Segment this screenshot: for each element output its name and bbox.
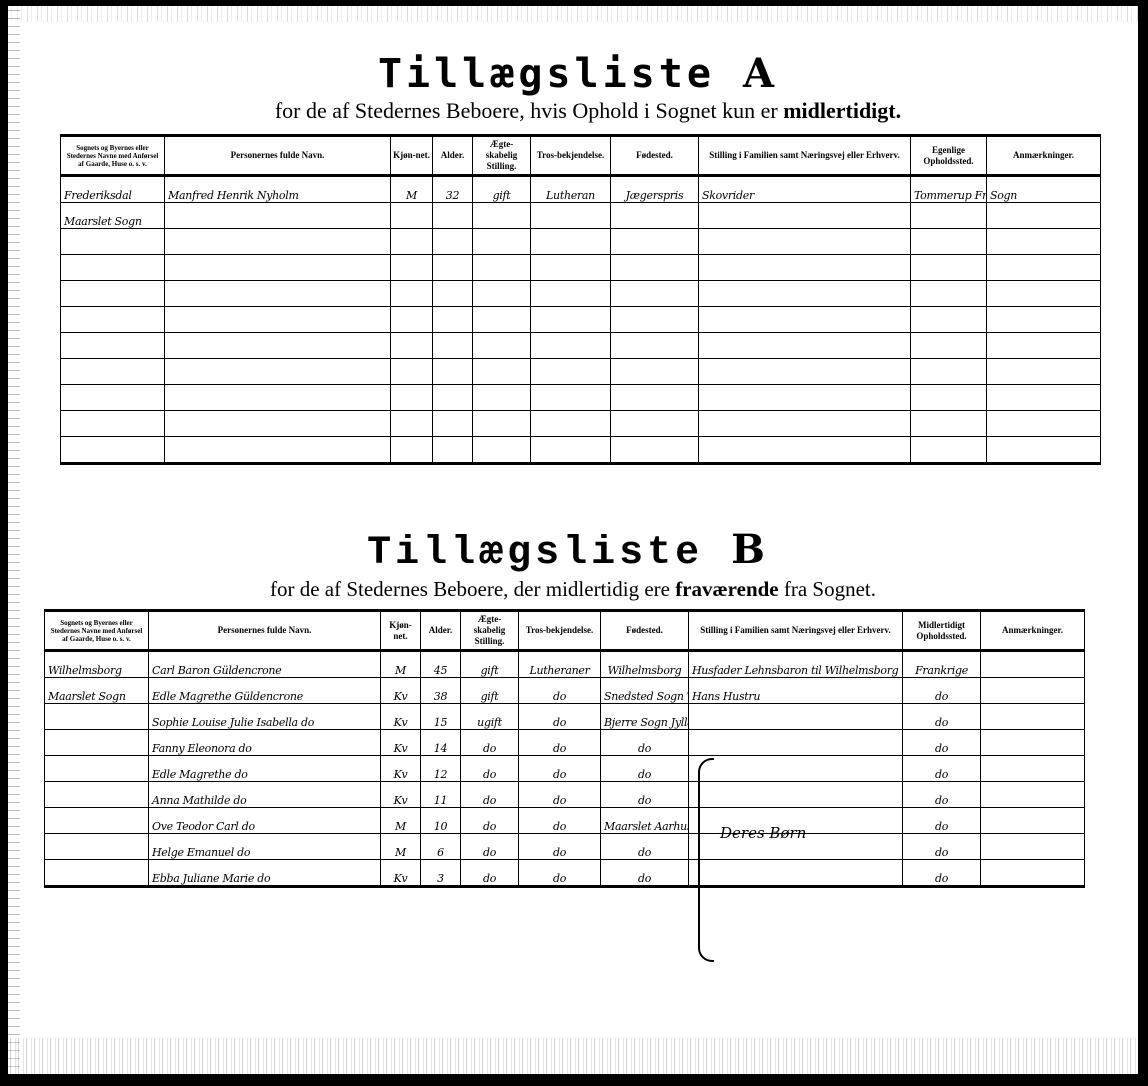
sheet-a-title: Tillægsliste A: [338, 50, 818, 97]
sheet-b-title-word: Tillægsliste: [367, 531, 703, 576]
cell-religion: [531, 281, 611, 307]
cell-residence: Tommerup Frijsenborg: [911, 176, 987, 203]
col-religion: Tros-bekjendelse.: [531, 136, 611, 176]
cell-place: [61, 255, 165, 281]
cell-age: [433, 255, 473, 281]
cell-sex: Kv: [381, 730, 421, 756]
table-row: Anna Mathilde doKv11dodododo: [45, 782, 1085, 808]
cell-marital: gift: [461, 678, 519, 704]
cell-age: [433, 229, 473, 255]
cell-occupation: [699, 229, 911, 255]
sheet-b-title-letter: B: [731, 526, 769, 573]
table-row: Edle Magrethe doKv12dodododo: [45, 756, 1085, 782]
col-age: Alder.: [421, 611, 461, 651]
cell-remarks: [987, 203, 1101, 229]
cell-birthplace: [611, 281, 699, 307]
cell-birthplace: [611, 437, 699, 464]
sheet-b-body: WilhelmsborgCarl Baron GüldencroneM45gif…: [45, 651, 1085, 887]
cell-marital: [473, 333, 531, 359]
cell-sex: [391, 359, 433, 385]
sheet-a-subtitle-emphasis: midlertidigt.: [783, 98, 901, 123]
cell-remarks: [987, 229, 1101, 255]
sheet-a-title-word: Tillægsliste: [378, 51, 715, 97]
cell-religion: Lutheraner: [519, 651, 601, 678]
cell-sex: [391, 229, 433, 255]
cell-marital: [473, 437, 531, 464]
col-occupation: Stilling i Familien samt Næringsvej elle…: [699, 136, 911, 176]
cell-place: Maarslet Sogn: [45, 678, 149, 704]
cell-occupation: [699, 203, 911, 229]
cell-age: 32: [433, 176, 473, 203]
cell-occupation: Skovrider: [699, 176, 911, 203]
cell-age: 38: [421, 678, 461, 704]
cell-residence: [911, 333, 987, 359]
cell-sex: Kv: [381, 860, 421, 887]
cell-religion: [531, 255, 611, 281]
cell-remarks: [987, 307, 1101, 333]
cell-age: 15: [421, 704, 461, 730]
cell-residence: [911, 255, 987, 281]
cell-name: [165, 255, 391, 281]
cell-marital: [473, 307, 531, 333]
cell-birthplace: Bjerre Sogn Jyllands Amt: [601, 704, 689, 730]
table-row: Maarslet SognEdle Magrethe GüldencroneKv…: [45, 678, 1085, 704]
cell-place: Frederiksdal: [61, 176, 165, 203]
cell-birthplace: do: [601, 730, 689, 756]
cell-birthplace: Wilhelmsborg: [601, 651, 689, 678]
cell-place: [45, 730, 149, 756]
cell-marital: do: [461, 860, 519, 887]
cell-residence: do: [903, 782, 981, 808]
cell-place: Wilhelmsborg: [45, 651, 149, 678]
col-age: Alder.: [433, 136, 473, 176]
cell-residence: [911, 229, 987, 255]
cell-place: [45, 756, 149, 782]
cell-birthplace: [611, 307, 699, 333]
cell-name: [165, 437, 391, 464]
cell-age: [433, 281, 473, 307]
table-row: [61, 281, 1101, 307]
cell-birthplace: [611, 359, 699, 385]
col-residence: Midlertidigt Opholdssted.: [903, 611, 981, 651]
cell-name: Anna Mathilde do: [149, 782, 381, 808]
cell-occupation: Hans Hustru: [689, 678, 903, 704]
cell-place: [45, 860, 149, 887]
cell-occupation: [699, 333, 911, 359]
table-row: [61, 255, 1101, 281]
sheet-b-subtitle-suffix: fra Sognet.: [784, 577, 876, 601]
cell-marital: [473, 229, 531, 255]
cell-name: Fanny Eleonora do: [149, 730, 381, 756]
table-row: [61, 359, 1101, 385]
cell-place: [61, 333, 165, 359]
cell-sex: Kv: [381, 782, 421, 808]
cell-age: [433, 359, 473, 385]
cell-occupation: Husfader Lehnsbaron til Wilhelmsborg: [689, 651, 903, 678]
sheet-b-subtitle-text: for de af Stedernes Beboere, der midlert…: [270, 577, 670, 601]
cell-remarks: [981, 678, 1085, 704]
cell-remarks: [987, 359, 1101, 385]
sheet-b-title: Tillægsliste B: [328, 526, 808, 576]
cell-sex: [391, 333, 433, 359]
cell-marital: ugift: [461, 704, 519, 730]
cell-birthplace: [611, 411, 699, 437]
table-row: WilhelmsborgCarl Baron GüldencroneM45gif…: [45, 651, 1085, 678]
cell-residence: [911, 281, 987, 307]
cell-residence: Frankrige: [903, 651, 981, 678]
table-row: [61, 437, 1101, 464]
cell-religion: Lutheran: [531, 176, 611, 203]
table-row: [61, 385, 1101, 411]
cell-remarks: [987, 411, 1101, 437]
cell-residence: do: [903, 808, 981, 834]
cell-name: Sophie Louise Julie Isabella do: [149, 704, 381, 730]
table-row: [61, 411, 1101, 437]
cell-marital: do: [461, 782, 519, 808]
cell-occupation: [699, 281, 911, 307]
cell-sex: Kv: [381, 678, 421, 704]
cell-birthplace: [611, 255, 699, 281]
table-row: Helge Emanuel doM6dodododo: [45, 834, 1085, 860]
cell-marital: do: [461, 730, 519, 756]
col-name: Personernes fulde Navn.: [149, 611, 381, 651]
cell-place: [45, 704, 149, 730]
cell-sex: [391, 307, 433, 333]
cell-age: 3: [421, 860, 461, 887]
cell-occupation: [689, 782, 903, 808]
table-row: Ebba Juliane Marie doKv3dodododo: [45, 860, 1085, 887]
cell-birthplace: do: [601, 834, 689, 860]
cell-remarks: [987, 281, 1101, 307]
cell-place: [61, 229, 165, 255]
cell-name: Edle Magrethe Güldencrone: [149, 678, 381, 704]
cell-marital: [473, 411, 531, 437]
cell-remarks: [981, 730, 1085, 756]
col-birthplace: Fødested.: [611, 136, 699, 176]
table-row: [61, 333, 1101, 359]
col-remarks: Anmærkninger.: [987, 136, 1101, 176]
cell-birthplace: Jægerspris: [611, 176, 699, 203]
cell-remarks: [987, 333, 1101, 359]
cell-age: [433, 333, 473, 359]
cell-name: Helge Emanuel do: [149, 834, 381, 860]
cell-sex: [391, 255, 433, 281]
cell-religion: [531, 203, 611, 229]
scan-noise-bottom: [8, 1038, 1138, 1078]
cell-age: [433, 411, 473, 437]
cell-age: [433, 437, 473, 464]
cell-occupation: [689, 730, 903, 756]
cell-residence: [911, 385, 987, 411]
scan-noise-left: [8, 6, 20, 1078]
cell-name: Ove Teodor Carl do: [149, 808, 381, 834]
cell-place: [61, 437, 165, 464]
sheet-b-header-row: Sognets og Byernes eller Stedernes Navne…: [45, 611, 1085, 651]
cell-age: 11: [421, 782, 461, 808]
cell-marital: [473, 359, 531, 385]
cell-age: [433, 203, 473, 229]
col-marital: Ægte-skabelig Stilling.: [473, 136, 531, 176]
cell-remarks: [981, 860, 1085, 887]
cell-residence: do: [903, 730, 981, 756]
cell-name: [165, 359, 391, 385]
cell-religion: [531, 437, 611, 464]
cell-sex: M: [381, 651, 421, 678]
cell-residence: do: [903, 834, 981, 860]
cell-marital: do: [461, 834, 519, 860]
cell-remarks: [981, 651, 1085, 678]
cell-place: [45, 808, 149, 834]
cell-remarks: [987, 437, 1101, 464]
cell-sex: [391, 385, 433, 411]
col-birthplace: Fødested.: [601, 611, 689, 651]
cell-religion: do: [519, 678, 601, 704]
sheet-a-body: FrederiksdalManfred Henrik NyholmM32gift…: [61, 176, 1101, 464]
cell-marital: [473, 385, 531, 411]
col-marital: Ægte-skabelig Stilling.: [461, 611, 519, 651]
cell-name: [165, 229, 391, 255]
cell-birthplace: [611, 333, 699, 359]
cell-sex: M: [391, 176, 433, 203]
cell-occupation: [689, 704, 903, 730]
table-row: FrederiksdalManfred Henrik NyholmM32gift…: [61, 176, 1101, 203]
cell-occupation: [699, 359, 911, 385]
cell-age: 6: [421, 834, 461, 860]
cell-occupation: [689, 860, 903, 887]
cell-religion: [531, 333, 611, 359]
cell-place: [45, 834, 149, 860]
cell-religion: [531, 359, 611, 385]
cell-place: [61, 281, 165, 307]
children-brace-label: Deres Børn: [720, 824, 806, 842]
cell-birthplace: [611, 203, 699, 229]
cell-sex: Kv: [381, 704, 421, 730]
cell-religion: [531, 385, 611, 411]
cell-residence: do: [903, 704, 981, 730]
col-remarks: Anmærkninger.: [981, 611, 1085, 651]
cell-sex: M: [381, 834, 421, 860]
cell-birthplace: do: [601, 756, 689, 782]
cell-birthplace: [611, 385, 699, 411]
cell-sex: [391, 437, 433, 464]
cell-residence: [911, 203, 987, 229]
cell-marital: do: [461, 808, 519, 834]
cell-religion: do: [519, 808, 601, 834]
cell-marital: [473, 203, 531, 229]
cell-sex: Kv: [381, 756, 421, 782]
cell-occupation: [689, 756, 903, 782]
cell-residence: [911, 307, 987, 333]
sheet-a-title-letter: A: [743, 50, 778, 97]
table-row: [61, 229, 1101, 255]
col-sex: Kjøn-net.: [381, 611, 421, 651]
col-residence: Egenlige Opholdssted.: [911, 136, 987, 176]
cell-religion: do: [519, 860, 601, 887]
cell-name: [165, 281, 391, 307]
cell-name: [165, 411, 391, 437]
cell-remarks: [987, 385, 1101, 411]
cell-name: Ebba Juliane Marie do: [149, 860, 381, 887]
col-place: Sognets og Byernes eller Stedernes Navne…: [61, 136, 165, 176]
table-row: Ove Teodor Carl doM10dodoMaarslet Aarhus…: [45, 808, 1085, 834]
cell-residence: do: [903, 756, 981, 782]
cell-birthplace: do: [601, 860, 689, 887]
cell-marital: [473, 281, 531, 307]
cell-remarks: [981, 808, 1085, 834]
cell-remarks: [981, 756, 1085, 782]
sheet-a-table: Sognets og Byernes eller Stedernes Navne…: [60, 134, 1101, 465]
cell-place: [61, 307, 165, 333]
cell-age: 45: [421, 651, 461, 678]
col-name: Personernes fulde Navn.: [165, 136, 391, 176]
cell-residence: do: [903, 860, 981, 887]
cell-marital: gift: [461, 651, 519, 678]
cell-marital: do: [461, 756, 519, 782]
cell-religion: do: [519, 730, 601, 756]
cell-remarks: Sogn: [987, 176, 1101, 203]
cell-occupation: [699, 255, 911, 281]
cell-residence: [911, 359, 987, 385]
cell-age: [433, 307, 473, 333]
sheet-b-subtitle: for de af Stedernes Beboere, der midlert…: [78, 577, 1068, 602]
table-row: [61, 307, 1101, 333]
cell-remarks: [981, 834, 1085, 860]
cell-birthplace: Snedsted Sogn Thisted Amt: [601, 678, 689, 704]
scan-noise-top: [8, 6, 1138, 22]
cell-place: [61, 411, 165, 437]
cell-remarks: [981, 782, 1085, 808]
cell-religion: do: [519, 782, 601, 808]
cell-name: Edle Magrethe do: [149, 756, 381, 782]
cell-occupation: [699, 385, 911, 411]
sheet-a-subtitle-text: for de af Stedernes Beboere, hvis Ophold…: [275, 98, 778, 123]
cell-residence: do: [903, 678, 981, 704]
cell-remarks: [981, 704, 1085, 730]
cell-name: [165, 333, 391, 359]
cell-sex: [391, 281, 433, 307]
cell-name: [165, 203, 391, 229]
cell-sex: M: [381, 808, 421, 834]
scan-edge: [8, 1074, 1138, 1078]
cell-sex: [391, 203, 433, 229]
cell-religion: do: [519, 834, 601, 860]
col-sex: Kjøn-net.: [391, 136, 433, 176]
cell-place: Maarslet Sogn: [61, 203, 165, 229]
cell-age: 10: [421, 808, 461, 834]
cell-occupation: [699, 411, 911, 437]
cell-age: 12: [421, 756, 461, 782]
table-row: Fanny Eleonora doKv14dodododo: [45, 730, 1085, 756]
cell-name: Manfred Henrik Nyholm: [165, 176, 391, 203]
cell-birthplace: [611, 229, 699, 255]
table-row: Maarslet Sogn: [61, 203, 1101, 229]
cell-religion: [531, 411, 611, 437]
cell-religion: [531, 229, 611, 255]
col-place: Sognets og Byernes eller Stedernes Navne…: [45, 611, 149, 651]
col-occupation: Stilling i Familien samt Næringsvej elle…: [689, 611, 903, 651]
cell-age: 14: [421, 730, 461, 756]
cell-name: Carl Baron Güldencrone: [149, 651, 381, 678]
cell-marital: gift: [473, 176, 531, 203]
cell-place: [61, 385, 165, 411]
cell-residence: [911, 411, 987, 437]
cell-birthplace: do: [601, 782, 689, 808]
cell-religion: do: [519, 756, 601, 782]
cell-birthplace: Maarslet Aarhus Amt: [601, 808, 689, 834]
col-religion: Tros-bekjendelse.: [519, 611, 601, 651]
sheet-a-header-row: Sognets og Byernes eller Stedernes Navne…: [61, 136, 1101, 176]
cell-name: [165, 385, 391, 411]
cell-occupation: [699, 437, 911, 464]
cell-place: [45, 782, 149, 808]
sheet-b-subtitle-emphasis: fraværende: [675, 577, 778, 601]
cell-religion: do: [519, 704, 601, 730]
cell-name: [165, 307, 391, 333]
sheet-a-subtitle: for de af Stedernes Beboere, hvis Ophold…: [108, 98, 1068, 124]
sheet-b-table: Sognets og Byernes eller Stedernes Navne…: [44, 609, 1085, 888]
cell-age: [433, 385, 473, 411]
cell-occupation: [699, 307, 911, 333]
children-brace: [698, 758, 714, 962]
cell-place: [61, 359, 165, 385]
cell-religion: [531, 307, 611, 333]
table-row: Sophie Louise Julie Isabella doKv15ugift…: [45, 704, 1085, 730]
cell-residence: [911, 437, 987, 464]
cell-marital: [473, 255, 531, 281]
cell-sex: [391, 411, 433, 437]
census-page: Tillægsliste A for de af Stedernes Beboe…: [8, 6, 1138, 1078]
cell-remarks: [987, 255, 1101, 281]
